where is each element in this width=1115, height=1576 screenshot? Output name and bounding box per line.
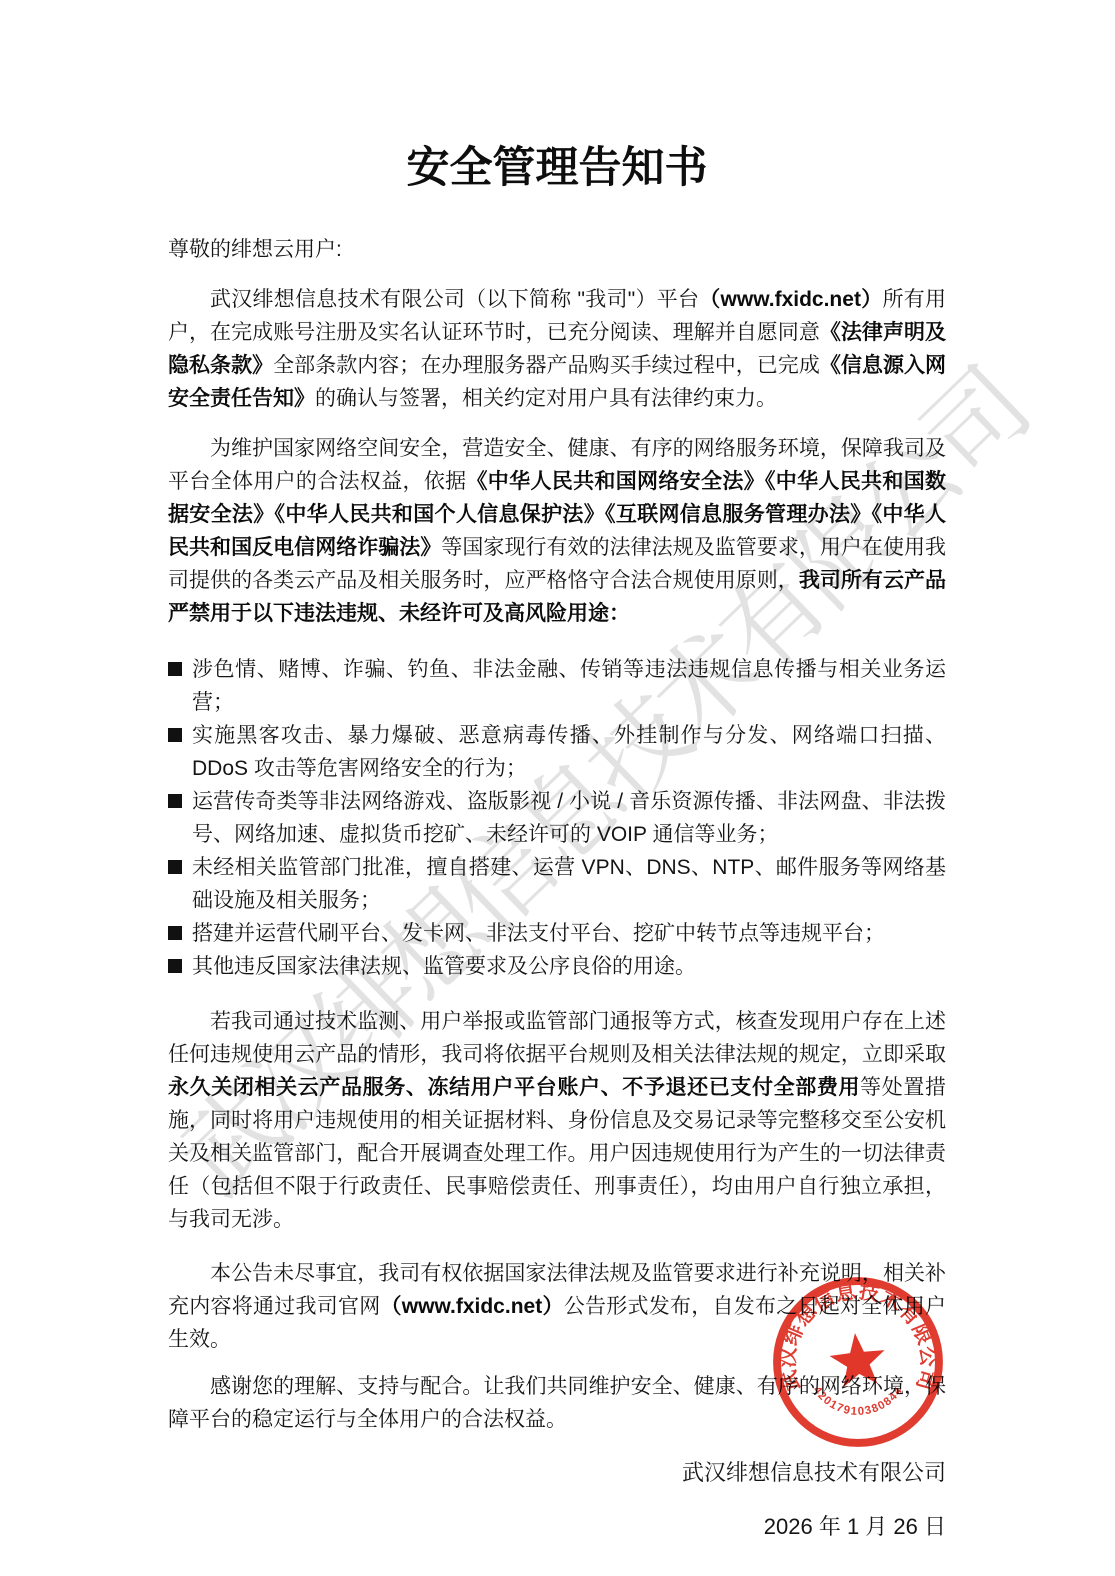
seal-company-text: 武汉绯想信息技术有限公司 bbox=[776, 1279, 940, 1394]
seal-star-icon bbox=[827, 1330, 887, 1388]
list-item: 运营传奇类等非法网络游戏、盗版影视 / 小说 / 音乐资源传播、非法网盘、非法拨… bbox=[168, 785, 946, 851]
company-seal: 武汉绯想信息技术有限公司 42017910380844 bbox=[770, 1274, 946, 1450]
list-item: 实施黑客攻击、暴力爆破、恶意病毒传播、外挂制作与分发、网络端口扫描、DDoS 攻… bbox=[168, 719, 946, 785]
company-signature: 武汉绯想信息技术有限公司 bbox=[168, 1458, 946, 1488]
list-item: 未经相关监管部门批准，擅自搭建、运营 VPN、DNS、NTP、邮件服务等网络基础… bbox=[168, 851, 946, 917]
paragraph-legal-basis: 为维护国家网络空间安全，营造安全、健康、有序的网络服务环境，保障我司及平台全体用… bbox=[168, 432, 946, 630]
list-item: 搭建并运营代刷平台、发卡网、非法支付平台、挖矿中转节点等违规平台； bbox=[168, 917, 946, 950]
seal-number-text: 42017910380844 bbox=[810, 1384, 905, 1418]
page-title: 安全管理告知书 bbox=[168, 142, 946, 196]
prohibited-uses-list: 涉色情、赌博、诈骗、钓鱼、非法金融、传销等违法违规信息传播与相关业务运营； 实施… bbox=[168, 653, 946, 983]
list-item: 其他违反国家法律法规、监管要求及公序良俗的用途。 bbox=[168, 950, 946, 983]
svg-text:42017910380844: 42017910380844 bbox=[810, 1384, 905, 1418]
paragraph-intro: 武汉绯想信息技术有限公司（以下简称 "我司"）平台（www.fxidc.net）… bbox=[168, 283, 946, 415]
list-item: 涉色情、赌博、诈骗、钓鱼、非法金融、传销等违法违规信息传播与相关业务运营； bbox=[168, 653, 946, 719]
paragraph-enforcement: 若我司通过技术监测、用户举报或监管部门通报等方式，核查发现用户存在上述任何违规使… bbox=[168, 1005, 946, 1236]
document-date: 2026 年 1 月 26 日 bbox=[168, 1512, 946, 1542]
salutation: 尊敬的绯想云用户: bbox=[168, 233, 946, 266]
svg-text:武汉绯想信息技术有限公司: 武汉绯想信息技术有限公司 bbox=[776, 1279, 940, 1394]
document-page: 武汉绯想信息技术有限公司 安全管理告知书 尊敬的绯想云用户: 武汉绯想信息技术有… bbox=[0, 0, 1115, 1576]
